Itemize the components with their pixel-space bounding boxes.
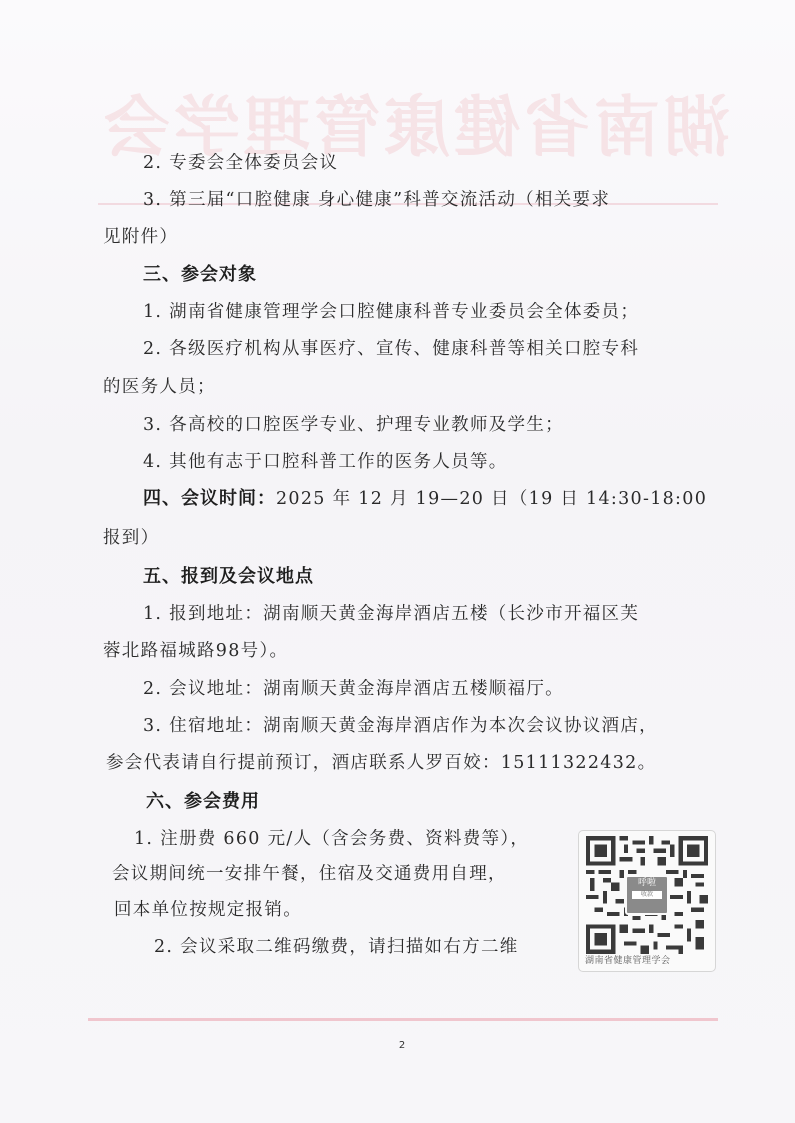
lodging-contact: 参会代表请自行提前预订，酒店联系人罗百姣：15111322432。	[106, 751, 656, 775]
meeting-address: 2. 会议地址：湖南顺天黄金海岸酒店五楼顺福厅。	[143, 677, 564, 701]
checkin-address-cont: 蓉北路福城路98号）。	[103, 639, 288, 663]
section-heading-attendees: 三、参会对象	[143, 263, 257, 287]
fee-registration-cont-2: 回本单位按规定报销。	[114, 898, 302, 922]
qr-caption: 湖南省健康管理学会	[585, 955, 709, 967]
footer-rule	[88, 1018, 718, 1021]
fee-registration: 1. 注册费 660 元/人（含会务费、资料费等），	[134, 827, 529, 851]
qr-logo-text: 呼啦	[638, 878, 656, 888]
meeting-time-cont: 报到）	[103, 526, 159, 550]
section-heading-fees: 六、参会费用	[146, 790, 260, 814]
agenda-item-3-cont: 见附件）	[103, 225, 178, 249]
fee-registration-cont-1: 会议期间统一安排午餐，住宿及交通费用自理，	[112, 862, 507, 886]
section-heading-venue: 五、报到及会议地点	[143, 565, 314, 589]
lodging-address: 3. 住宿地址：湖南顺天黄金海岸酒店作为本次会议协议酒店，	[143, 714, 658, 738]
section-heading-time: 四、会议时间：	[143, 488, 276, 509]
qr-logo: 呼啦 收款	[625, 875, 669, 915]
attendee-item-1: 1. 湖南省健康管理学会口腔健康科普专业委员会全体委员；	[143, 300, 639, 324]
meeting-time-value: 2025 年 12 月 19—20 日（19 日 14:30-18:00	[276, 489, 707, 509]
checkin-address: 1. 报到地址：湖南顺天黄金海岸酒店五楼（长沙市开福区芙	[143, 602, 639, 626]
attendee-item-4: 4. 其他有志于口腔科普工作的医务人员等。	[143, 450, 508, 474]
payment-qr-code[interactable]: 呼啦 收款 湖南省健康管理学会	[578, 830, 716, 972]
agenda-item-2: 2. 专委会全体委员会议	[143, 151, 338, 175]
attendee-item-3: 3. 各高校的口腔医学专业、护理专业教师及学生；	[143, 413, 564, 437]
qr-logo-tag: 收款	[632, 891, 662, 899]
document-page: 湖南省健康管理学会 2. 专委会全体委员会议 3. 第三届“口腔健康 身心健康”…	[0, 0, 795, 1123]
fee-payment-method: 2. 会议采取二维码缴费，请扫描如右方二维	[154, 935, 519, 959]
attendee-item-2-cont: 的医务人员；	[103, 375, 216, 399]
page-number: 2	[392, 1040, 412, 1051]
agenda-item-3: 3. 第三届“口腔健康 身心健康”科普交流活动（相关要求	[143, 188, 610, 212]
attendee-item-2: 2. 各级医疗机构从事医疗、宣传、健康科普等相关口腔专科	[143, 337, 639, 361]
meeting-time-line: 四、会议时间：2025 年 12 月 19—20 日（19 日 14:30-18…	[143, 487, 707, 511]
